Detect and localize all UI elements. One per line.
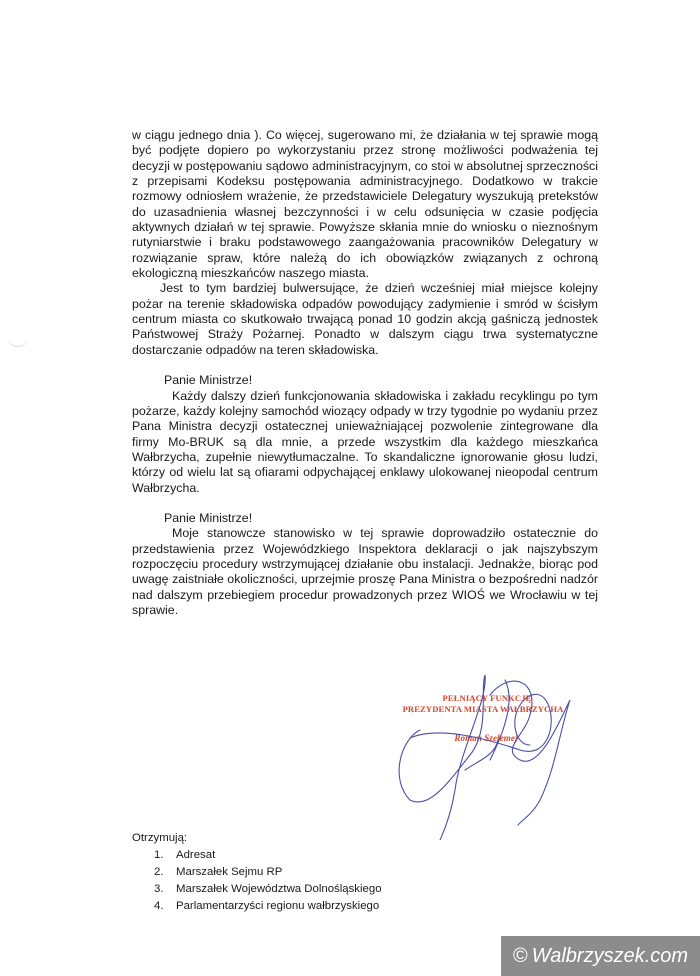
- paragraph-1: w ciągu jednego dnia ). Co więcej, suger…: [132, 128, 598, 281]
- copyright-icon: ©: [513, 945, 528, 968]
- paragraph-4: Moje stanowcze stanowisko w tej sprawie …: [132, 526, 598, 618]
- hole-punch-mark: [8, 336, 28, 347]
- letter-body: w ciągu jednego dnia ). Co więcej, suger…: [132, 128, 598, 618]
- list-item: 4.Parlamentarzyści regionu wałbrzyskiego: [132, 898, 382, 915]
- scanned-letter-page: w ciągu jednego dnia ). Co więcej, suger…: [0, 0, 700, 976]
- recipients-list: Otrzymują: 1.Adresat 2.Marszałek Sejmu R…: [132, 830, 382, 915]
- salutation-2: Panie Ministrze!: [132, 511, 598, 526]
- paragraph-3: Każdy dalszy dzień funkcjonowania składo…: [132, 389, 598, 496]
- watermark: © Walbrzyszek.com: [501, 936, 700, 976]
- paragraph-2: Jest to tym bardziej bulwersujące, że dz…: [132, 281, 598, 358]
- official-stamp: PEŁNIĄCY FUNKCJĘ PREZYDENTA MIASTA WAŁBR…: [380, 660, 600, 840]
- salutation-1: Panie Ministrze!: [132, 373, 598, 388]
- recipients-heading: Otrzymują:: [132, 830, 382, 847]
- handwritten-signature-icon: [380, 660, 600, 840]
- list-item: 3.Marszałek Województwa Dolnośląskiego: [132, 881, 382, 898]
- list-item: 2.Marszałek Sejmu RP: [132, 864, 382, 881]
- watermark-text: Walbrzyszek.com: [532, 945, 688, 968]
- list-item: 1.Adresat: [132, 847, 382, 864]
